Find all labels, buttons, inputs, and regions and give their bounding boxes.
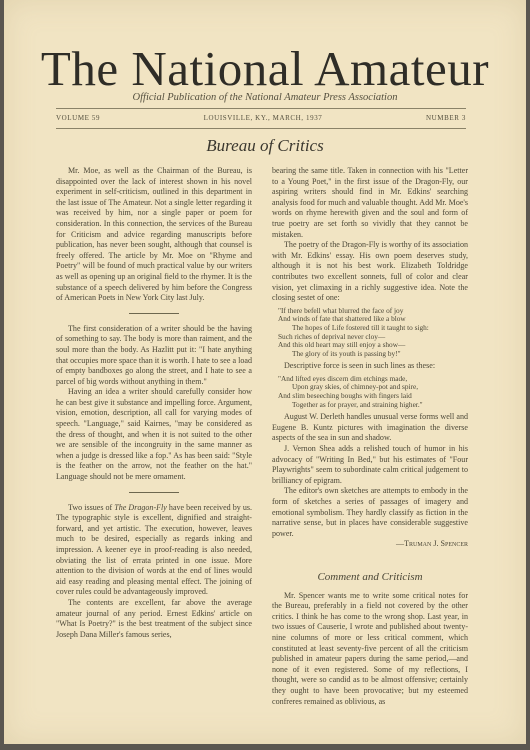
paragraph: Mr. Spencer wants me to write some criti…	[272, 591, 468, 708]
section-separator	[129, 492, 179, 493]
header-rule-top	[56, 108, 466, 109]
paragraph: August W. Derleth handles unusual verse …	[272, 412, 468, 444]
magazine-page: The National Amateur Official Publicatio…	[4, 0, 526, 744]
author-signature: —Truman J. Spencer	[272, 539, 468, 550]
header-rule-bottom	[56, 128, 466, 129]
paragraph: The poetry of the Dragon-Fly is worthy o…	[272, 240, 468, 304]
text-run: have been received by us. The typographi…	[56, 503, 252, 597]
issue-info-line: Volume 59 Louisville, Ky., March, 1937 N…	[56, 114, 466, 122]
journal-title: The Dragon-Fly	[114, 503, 167, 512]
volume-label: Volume 59	[56, 114, 100, 122]
masthead-subtitle: Official Publication of the National Ama…	[4, 92, 526, 103]
paragraph: The contents are excellent, far above th…	[56, 598, 252, 640]
section-separator	[129, 313, 179, 314]
paragraph: The editor's own sketches are attempts t…	[272, 486, 468, 539]
poem-quote: "And lifted eyes discern dim etchings ma…	[278, 375, 468, 409]
issue-number-label: Number 3	[426, 114, 466, 122]
section-title: Bureau of Critics	[4, 136, 526, 156]
left-column: Mr. Moe, as well as the Chairman of the …	[56, 166, 252, 640]
text-run: Two issues of	[68, 503, 114, 512]
subsection-title: Comment and Criticism	[272, 572, 468, 583]
paragraph: Mr. Moe, as well as the Chairman of the …	[56, 166, 252, 304]
paragraph: bearing the same title. Taken in connect…	[272, 166, 468, 240]
paragraph: J. Vernon Shea adds a relished touch of …	[272, 444, 468, 486]
place-date-label: Louisville, Ky., March, 1937	[204, 114, 323, 122]
poem-quote: "If there befell what blurred the face o…	[278, 307, 468, 359]
poem-line: Together as for prayer, and straining hi…	[278, 401, 468, 410]
poem-line: The glory of its youth is passing by!"	[278, 350, 468, 359]
right-column: bearing the same title. Taken in connect…	[272, 166, 468, 707]
paragraph: The first consideration of a writer shou…	[56, 324, 252, 388]
paragraph: Descriptive force is seen in such lines …	[272, 361, 468, 372]
paragraph: Having an idea a writer should carefully…	[56, 387, 252, 482]
masthead-title: The National Amateur	[4, 44, 526, 93]
paragraph: Two issues of The Dragon-Fly have been r…	[56, 503, 252, 598]
